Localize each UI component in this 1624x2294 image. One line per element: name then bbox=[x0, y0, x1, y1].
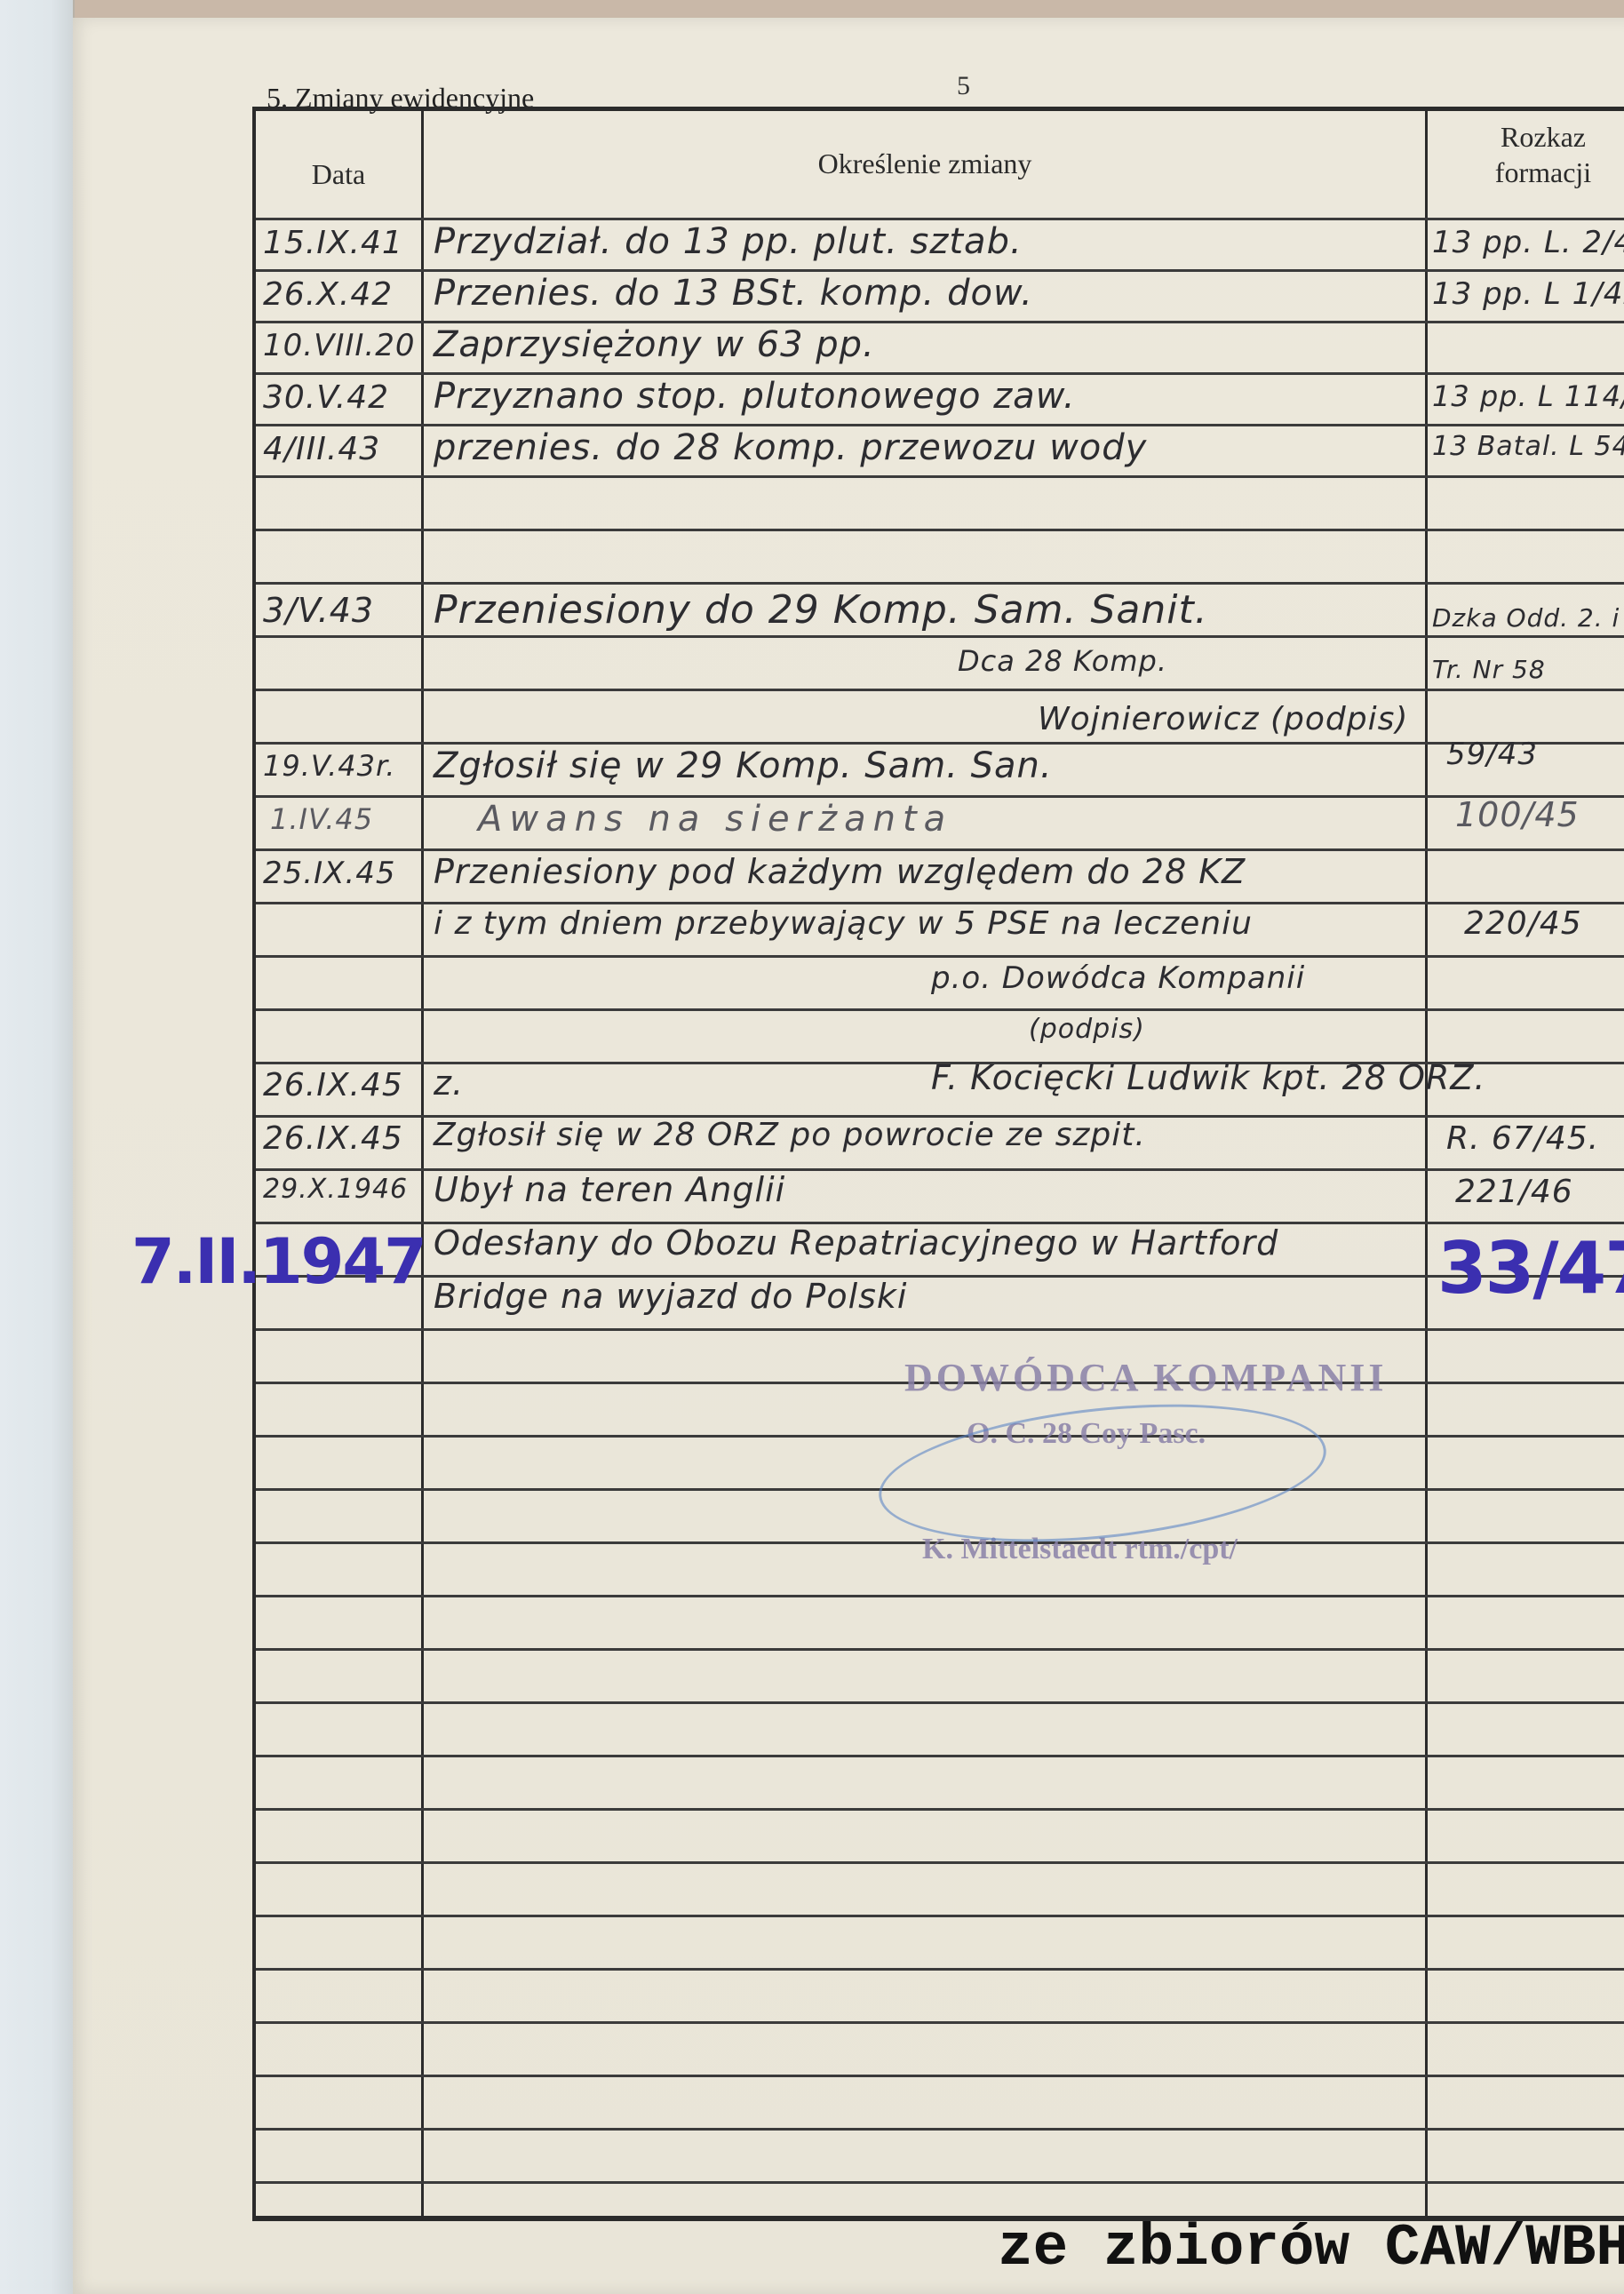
row-order: 13 Batal. L 54/43 bbox=[1432, 431, 1624, 462]
row-change: p.o. Dowódca Kompanii bbox=[931, 960, 1305, 996]
row-change: Awans na sierżanta bbox=[478, 799, 952, 840]
row-change: i z tym dniem przebywający w 5 PSE na le… bbox=[434, 905, 1253, 942]
row-change: Odesłany do Obozu Repatriacyjnego w Hart… bbox=[434, 1223, 1278, 1262]
row-order: Dzka Odd. 2. i Tr. Nr 58 bbox=[1432, 593, 1624, 696]
archive-watermark: ze zbiorów CAW/WBH bbox=[998, 2215, 1624, 2282]
document-page: 5 5. Zmiany ewidencyjne Data Określenie … bbox=[73, 18, 1624, 2294]
signature: (podpis) bbox=[1029, 1014, 1145, 1045]
row-date: 26.IX.45 bbox=[263, 1067, 403, 1103]
row-order: 13 pp. L 114/42 bbox=[1432, 379, 1624, 413]
row-change: Zaprzysiężony w 63 pp. bbox=[434, 324, 875, 365]
row-change: Przydział. do 13 pp. plut. sztab. bbox=[434, 221, 1023, 262]
stamp-title: DOWÓDCA KOMPANII bbox=[904, 1355, 1388, 1400]
page-number: 5 bbox=[957, 71, 970, 101]
row-order: 13 pp. L 1/42 bbox=[1432, 276, 1624, 312]
row-date: 1.IV.45 bbox=[270, 802, 373, 836]
row-change: Zgłosił się w 29 Komp. Sam. San. bbox=[434, 745, 1053, 786]
column-divider-date bbox=[421, 111, 424, 2216]
row-order: 220/45 bbox=[1464, 905, 1582, 942]
header-change: Określenie zmiany bbox=[425, 147, 1425, 180]
row-change: Przeniesiony do 29 Komp. Sam. Sanit. bbox=[434, 587, 1208, 633]
column-divider-order bbox=[1425, 111, 1428, 2216]
row-change: Przenies. do 13 BSt. komp. dow. bbox=[434, 273, 1033, 314]
row-date: 4/III.43 bbox=[263, 431, 380, 467]
row-change: Dca 28 Komp. bbox=[958, 644, 1167, 678]
row-order: 59/43 bbox=[1446, 737, 1538, 772]
row-date: 26.X.42 bbox=[263, 276, 393, 313]
row-change: Ubył na teren Anglii bbox=[434, 1170, 785, 1209]
order-stamp: 33/47 bbox=[1437, 1227, 1624, 1310]
row-order: 221/46 bbox=[1455, 1174, 1573, 1210]
row-date: 3/V.43 bbox=[263, 591, 374, 630]
row-date: 15.IX.41 bbox=[263, 225, 403, 261]
signature: Wojnierowicz (podpis) bbox=[1038, 701, 1408, 737]
header-order-line2: formacji bbox=[1429, 155, 1624, 189]
row-date: 25.IX.45 bbox=[263, 856, 395, 891]
row-change: z. bbox=[434, 1063, 464, 1103]
row-date: 30.V.42 bbox=[263, 379, 389, 416]
signature-name: F. Kocięcki Ludwik kpt. 28 ORZ. bbox=[931, 1058, 1485, 1097]
row-change: Przeniesiony pod każdym względem do 28 K… bbox=[434, 852, 1246, 891]
header-date: Data bbox=[256, 157, 421, 191]
row-date: 19.V.43r. bbox=[263, 749, 395, 783]
row-change: przenies. do 28 komp. przewozu wody bbox=[434, 427, 1147, 468]
row-change: Bridge na wyjazd do Polski bbox=[434, 1277, 908, 1316]
row-date: 10.VIII.20 bbox=[263, 328, 415, 363]
row-date: 26.IX.45 bbox=[263, 1120, 403, 1157]
row-order: R. 67/45. bbox=[1446, 1120, 1599, 1157]
records-table: Data Określenie zmiany Rozkaz formacji bbox=[252, 107, 1624, 2221]
row-change: Zgłosił się w 28 ORZ po powrocie ze szpi… bbox=[434, 1117, 1146, 1153]
facing-page-edge bbox=[0, 0, 75, 2294]
row-order: 100/45 bbox=[1455, 795, 1580, 834]
header-order-line1: Rozkaz bbox=[1429, 120, 1624, 154]
date-stamp: 7.II.1947 bbox=[131, 1225, 426, 1298]
row-change: Przyznano stop. plutonowego zaw. bbox=[434, 376, 1076, 417]
row-order: 13 pp. L. 2/41 bbox=[1432, 225, 1624, 260]
row-date: 29.X.1946 bbox=[263, 1174, 408, 1205]
